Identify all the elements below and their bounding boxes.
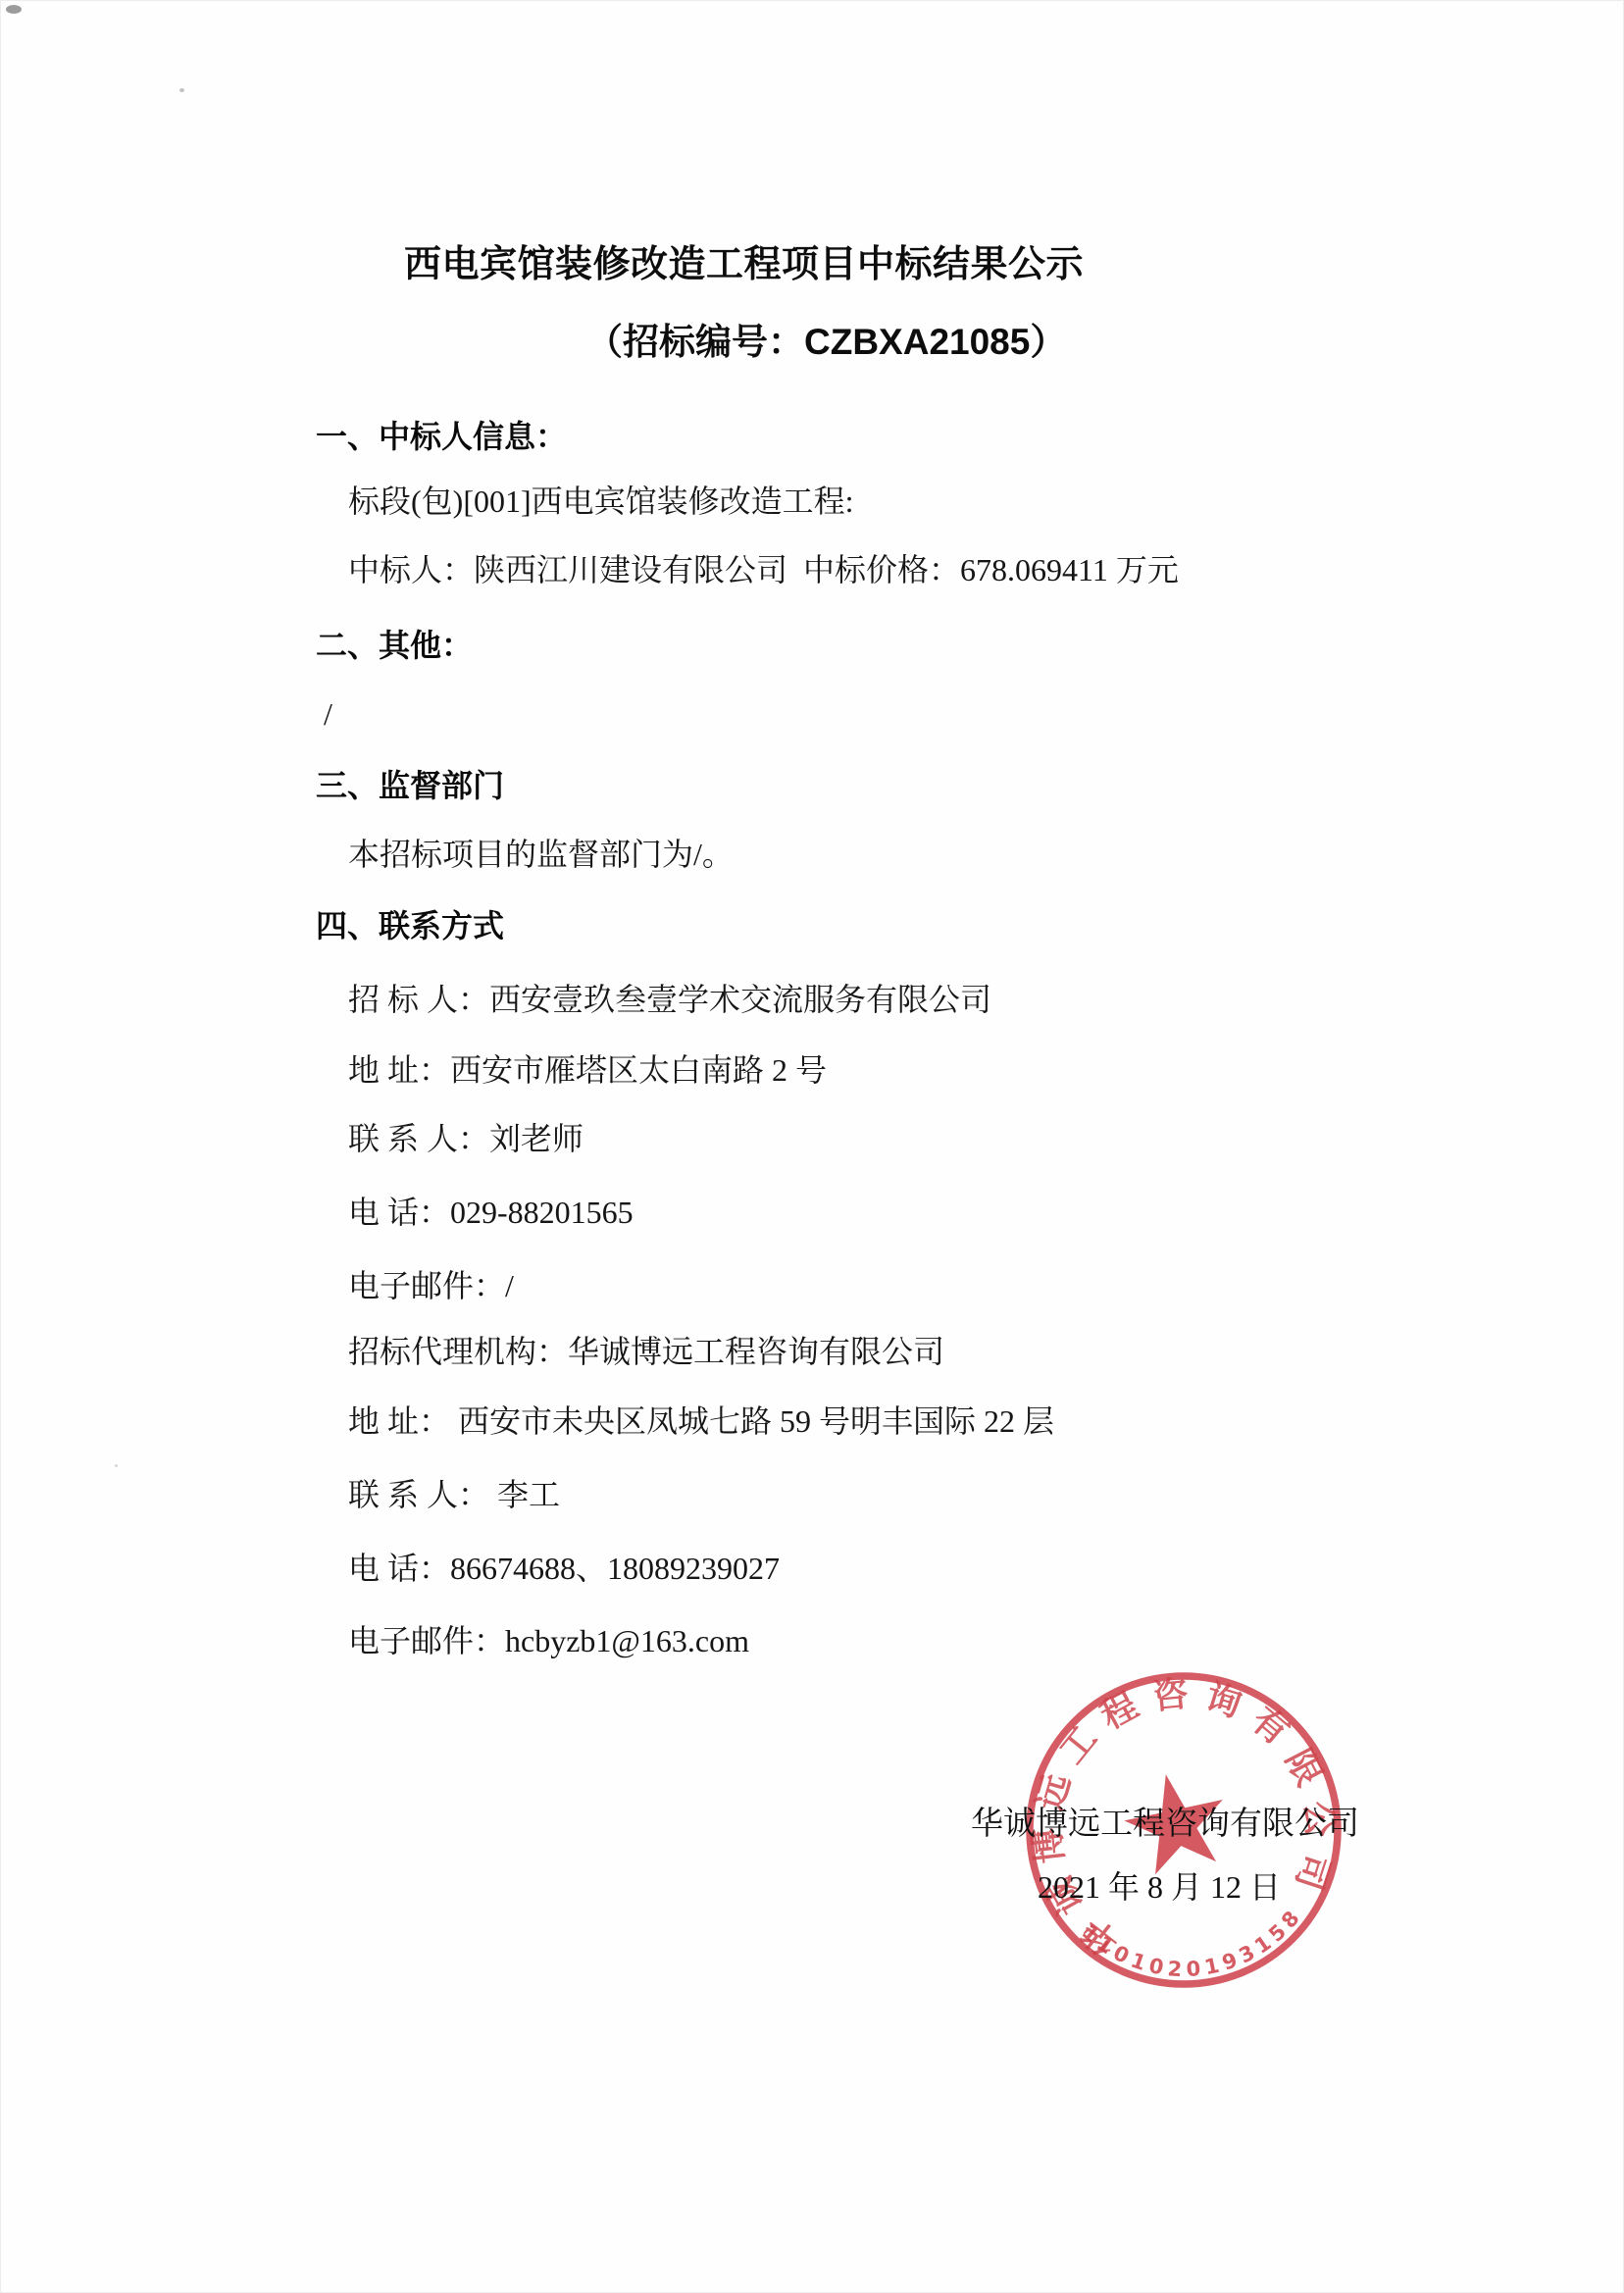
agency-contact-line: 联 系 人： 李工 <box>348 1474 560 1515</box>
signature-date: 2021 年 8 月 12 日 <box>1038 1862 1281 1908</box>
bid-lot-line: 标段(包)[001]西电宾馆装修改造工程: <box>348 481 854 522</box>
supervision-line: 本招标项目的监督部门为/。 <box>348 834 734 875</box>
svg-text:2: 2 <box>1167 1957 1183 1981</box>
document-page: 西电宾馆装修改造工程项目中标结果公示 （招标编号：CZBXA21085） 一、中… <box>0 0 1624 2293</box>
scan-artifact <box>6 5 22 14</box>
svg-text:程: 程 <box>1094 1685 1144 1736</box>
svg-text:1: 1 <box>1202 1954 1221 1979</box>
scan-artifact <box>179 88 184 92</box>
document-title: 西电宾馆装修改造工程项目中标结果公示 <box>404 233 1084 287</box>
svg-text:咨: 咨 <box>1151 1674 1191 1716</box>
svg-text:0: 0 <box>1147 1954 1166 1979</box>
tenderer-line: 招 标 人：西安壹玖叁壹学术交流服务有限公司 <box>348 979 991 1020</box>
svg-text:有: 有 <box>1244 1700 1296 1753</box>
tenderer-address-line: 地 址：西安市雁塔区太白南路 2 号 <box>348 1049 827 1091</box>
document-subtitle: （招标编号：CZBXA21085） <box>586 312 1066 365</box>
agency-phone-line: 电 话：86674688、18089239027 <box>348 1548 780 1589</box>
section-2-heading: 二、其他： <box>316 625 473 666</box>
section-3-heading: 三、监督部门 <box>316 765 504 806</box>
svg-text:限: 限 <box>1278 1743 1329 1792</box>
section-4-heading: 四、联系方式 <box>316 905 504 946</box>
agency-email-line: 电子邮件：hcbyzb1@163.com <box>348 1620 749 1661</box>
tenderer-contact-line: 联 系 人：刘老师 <box>348 1118 584 1159</box>
agency-address-line: 地 址： 西安市未央区凤城七路 59 号明丰国际 22 层 <box>348 1401 1054 1442</box>
section-1-heading: 一、中标人信息： <box>316 416 567 457</box>
winner-and-price-line: 中标人：陕西江川建设有限公司 中标价格：678.069411 万元 <box>348 549 1179 590</box>
svg-text:工: 工 <box>1052 1719 1105 1771</box>
svg-text:0: 0 <box>1186 1957 1201 1981</box>
scan-artifact <box>115 1464 118 1467</box>
tenderer-phone-line: 电 话：029-88201565 <box>348 1192 634 1233</box>
tenderer-email-line: 电子邮件：/ <box>348 1265 514 1306</box>
svg-text:1: 1 <box>1128 1949 1149 1975</box>
other-info-line: / <box>324 693 332 735</box>
agency-line: 招标代理机构：华诚博远工程咨询有限公司 <box>348 1331 944 1372</box>
signature-company: 华诚博远工程咨询有限公司 <box>971 1798 1359 1844</box>
